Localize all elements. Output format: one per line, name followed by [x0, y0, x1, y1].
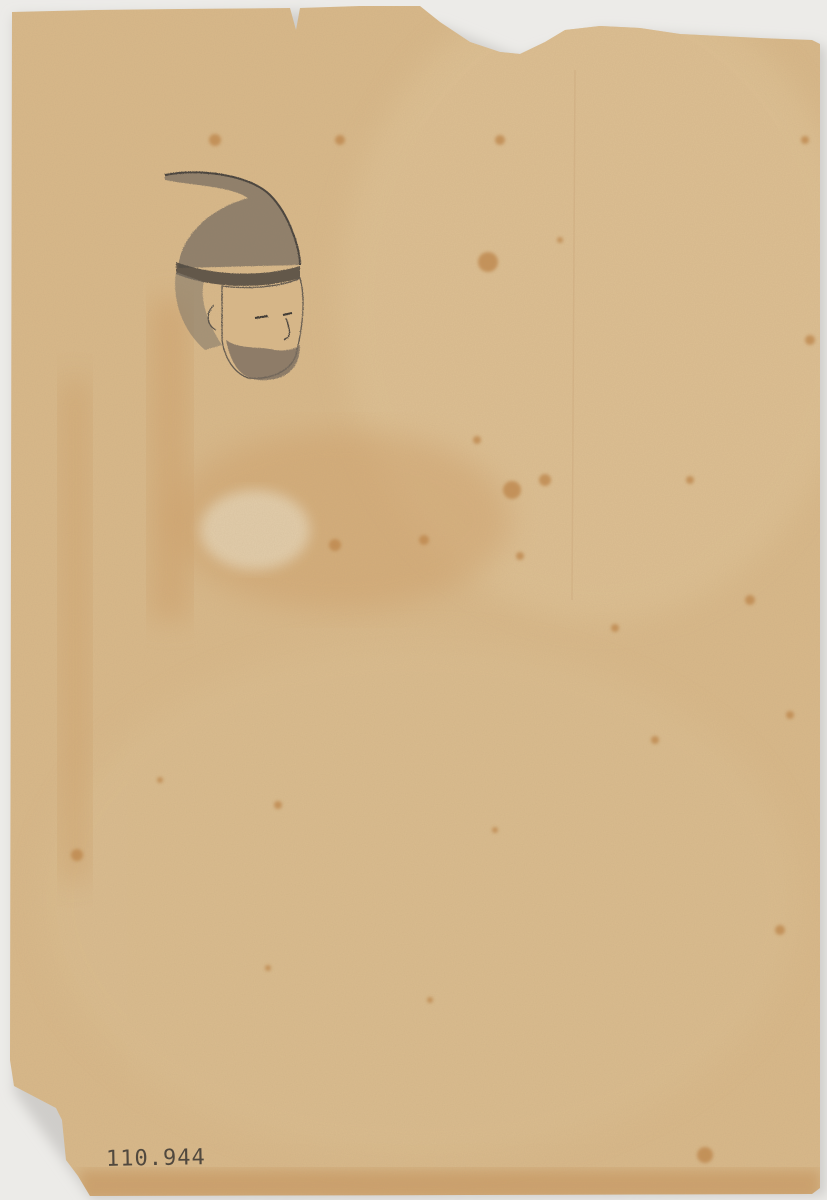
aged-paper-sheet [0, 0, 827, 1200]
inventory-number: 110.944 [106, 1145, 206, 1172]
scan-stage: 110.944 [0, 0, 827, 1200]
